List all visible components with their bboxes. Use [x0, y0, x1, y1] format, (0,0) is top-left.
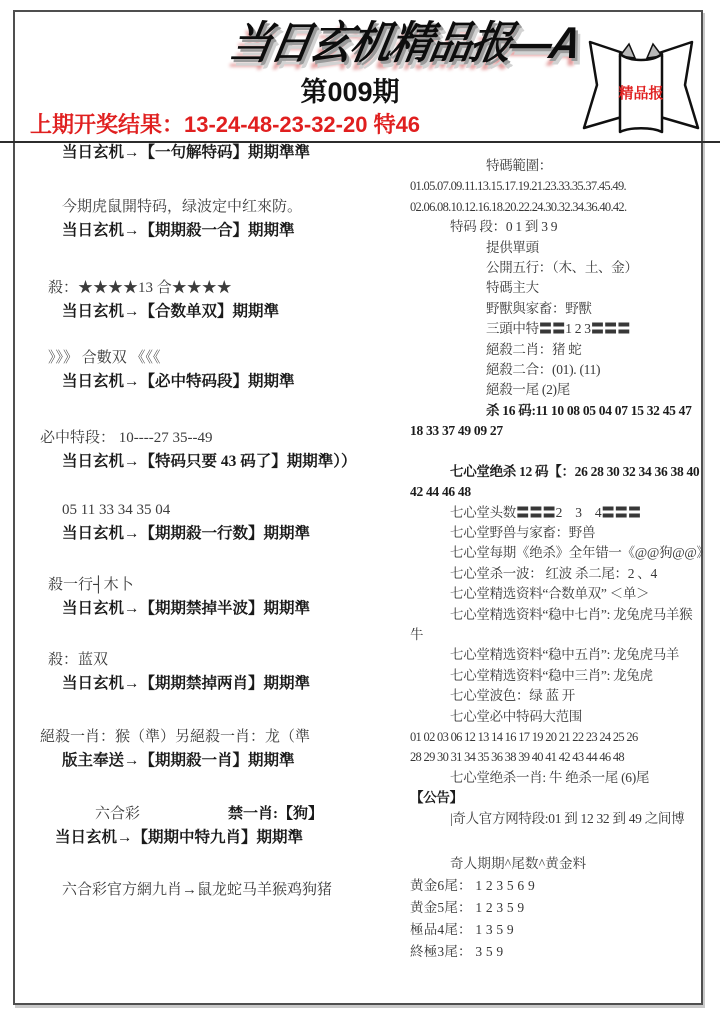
report-line: 42 44 46 48 [410, 482, 710, 502]
left-block: 殺一行┤木卜 当日玄机→【期期禁掉半波】期期準 [0, 574, 398, 620]
left-block: 05 11 33 34 35 04 当日玄机→【期期殺一行数】期期準 [0, 499, 398, 545]
report-line: 18 33 37 49 09 27 [410, 421, 710, 441]
report-line: 01 02 03 06 12 13 14 16 17 19 20 21 22 2… [410, 727, 710, 747]
report-line: 牛 [410, 625, 710, 645]
report-line: 七心堂杀一波： 红波 杀二尾：2 、4 [410, 564, 710, 584]
report-line: 七心堂绝杀一肖: 牛 绝杀一尾 (6)尾 [410, 768, 710, 788]
ribbon-banner-icon: 精品报 [576, 36, 706, 140]
report-line: 特碼範圍： [410, 156, 710, 176]
report-line: 七心堂每期《绝杀》全年错一《@@狗@@》 [410, 543, 710, 563]
left-block: 当日玄机→【一句解特码】期期準準 [0, 141, 398, 164]
left-block: 六合彩禁一肖:【狗】 当日玄机→【期期中特九肖】期期準 [0, 803, 398, 849]
report-line: 提供單頭 [410, 238, 710, 258]
tip-line: 当日玄机→【期期禁掉半波】期期準 [0, 597, 398, 620]
report-line: 杀 16 码:11 10 08 05 04 07 15 32 45 47 [410, 401, 710, 421]
report-line: 七心堂精选资料“合数单双” ＜单＞ [410, 584, 710, 604]
report-line: 【公告】 [410, 788, 710, 808]
report-line: 特码 段：0 1 到 3 9 [410, 217, 710, 237]
spacer [410, 442, 710, 462]
tip-line: 絕殺一肖：猴（準）另絕殺一肖：龙（準 [0, 726, 398, 749]
report-line: 絕殺二合：(01). (11) [410, 360, 710, 380]
report-line: 七心堂精选资料“稳中七肖”: 龙兔虎马羊猴 [410, 605, 710, 625]
report-line: 終極3尾： 3 5 9 [410, 941, 710, 963]
tip-line: 当日玄机→【合数单双】期期準 [0, 300, 398, 323]
report-line: 絕殺二肖：猪 蛇 [410, 340, 710, 360]
tip-line: 》》》 合數双 《《《 [0, 347, 398, 370]
report-line: 七心堂必中特码大范围 [410, 707, 710, 727]
report-line: 七心堂绝杀 12 码【：26 28 30 32 34 36 38 40 [410, 462, 710, 482]
last-draw-result: 上期开奖结果：13-24-48-23-32-20 特46 [30, 108, 420, 139]
tip-line: 05 11 33 34 35 04 [0, 499, 398, 522]
report-line: 01.05.07.09.11.13.15.17.19.21.23.33.35.3… [410, 176, 710, 196]
left-block: 絕殺一肖：猴（準）另絕殺一肖：龙（準 版主奉送→【期期殺一肖】期期準 [0, 726, 398, 772]
tip-line: 殺：★★★★13 合★★★★ [0, 277, 398, 300]
spacer [410, 829, 710, 853]
tip-line: 六合彩官方網九肖→鼠龙蛇马羊猴鸡狗猪 [0, 879, 398, 902]
report-line: 七心堂野兽与家畜：野兽 [410, 523, 710, 543]
tip-line: 当日玄机→【期期殺一合】期期準 [0, 219, 398, 242]
report-line: 七心堂波色：绿 蓝 开 [410, 686, 710, 706]
report-line: 奇人期期^尾数^黄金料 [410, 853, 710, 875]
left-block: 必中特段： 10----27 35--49 当日玄机→【特码只要 43 码了】期… [0, 427, 398, 473]
report-line: 七心堂精选资料“稳中五肖”: 龙兔虎马羊 [410, 645, 710, 665]
left-block: 殺：★★★★13 合★★★★ 当日玄机→【合数单双】期期準 [0, 277, 398, 323]
left-block: 今期虎鼠開特码，绿波定中红來防。 当日玄机→【期期殺一合】期期準 [0, 196, 398, 242]
report-line: 28 29 30 31 34 35 36 38 39 40 41 42 43 4… [410, 747, 710, 767]
forbidden-zodiac: 禁一肖:【狗】 [140, 803, 323, 826]
left-block: 六合彩官方網九肖→鼠龙蛇马羊猴鸡狗猪 [0, 879, 398, 902]
report-line: 絕殺一尾 (2)尾 [410, 380, 710, 400]
report-line: 02.06.08.10.12.16.18.20.22.24.30.32.34.3… [410, 197, 710, 217]
report-line: 極品4尾： 1 3 5 9 [410, 919, 710, 941]
report-line: 三頭中特〓〓1 2 3〓〓〓 [410, 319, 710, 339]
tip-line: 当日玄机→【必中特码段】期期準 [0, 370, 398, 393]
report-line: 特碼主大 [410, 278, 710, 298]
tip-line: 当日玄机→【期期殺一行数】期期準 [0, 522, 398, 545]
tip-line: 当日玄机→【期期中特九肖】期期準 [0, 826, 398, 849]
lottery-name: 六合彩 [0, 803, 140, 826]
left-block: 》》》 合數双 《《《 当日玄机→【必中特码段】期期準 [0, 347, 398, 393]
tip-line: 当日玄机→【期期禁掉两肖】期期準 [0, 672, 398, 695]
report-line: |奇人官方网特段:01 到 12 32 到 49 之间博 [410, 809, 710, 829]
tip-line: 殺一行┤木卜 [0, 574, 398, 597]
right-column: 特碼範圍： 01.05.07.09.11.13.15.17.19.21.23.3… [410, 156, 710, 963]
report-line: 七心堂头数〓〓〓2 3 4〓〓〓 [410, 503, 710, 523]
left-block: 殺：蓝双 当日玄机→【期期禁掉两肖】期期準 [0, 649, 398, 695]
report-line: 黄金6尾： 1 2 3 5 6 9 [410, 875, 710, 897]
tip-line: 六合彩禁一肖:【狗】 [0, 803, 398, 826]
tip-line: 必中特段： 10----27 35--49 [0, 427, 398, 450]
tip-line: 版主奉送→【期期殺一肖】期期準 [0, 749, 398, 772]
ribbon-label: 精品报 [617, 84, 663, 102]
tip-line: 今期虎鼠開特码，绿波定中红來防。 [0, 196, 398, 219]
report-line: 七心堂精选资料“稳中三肖”: 龙兔虎 [410, 666, 710, 686]
tip-line: 当日玄机→【一句解特码】期期準準 [0, 141, 398, 164]
report-line: 公開五行：（木、土、金） [410, 258, 710, 278]
report-line: 黄金5尾： 1 2 3 5 9 [410, 897, 710, 919]
tip-line: 殺：蓝双 [0, 649, 398, 672]
report-line: 野獸與家畜：野獸 [410, 299, 710, 319]
report-page: 当日玄机精品报—A 第009期 上期开奖结果：13-24-48-23-32-20… [0, 0, 720, 1018]
tip-line: 当日玄机→【特码只要 43 码了】期期準）） [0, 450, 398, 473]
masthead-title: 当日玄机精品报—A [179, 8, 630, 72]
